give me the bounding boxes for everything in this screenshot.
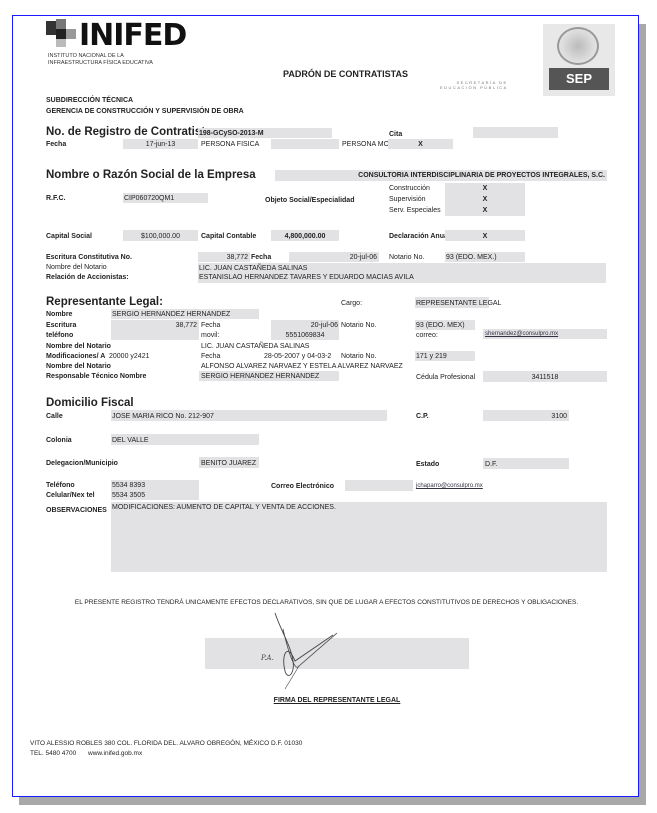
rfc-value: CIP060720QM1	[124, 194, 174, 203]
subdireccion: SUBDIRECCIÓN TÉCNICA	[46, 96, 133, 105]
observaciones-value: MODIFICACIONES: AUMENTO DE CAPITAL Y VEN…	[112, 503, 336, 512]
mod-notario-no-value: 171 y 219	[416, 352, 447, 361]
responsable-value: SERGIO HERNANDEZ HERNANDEZ	[201, 372, 319, 381]
escritura-fecha-label: Fecha	[251, 253, 271, 262]
estado-value: D.F.	[485, 460, 497, 469]
registro-value: 198-GCySO-2013-M	[199, 129, 264, 138]
fecha-label: Fecha	[46, 140, 66, 149]
serv-especiales-mark: X	[445, 206, 525, 215]
capital-contable-value: 4,800,000.00	[271, 232, 339, 241]
accionistas-label: Relación de Accionistas:	[46, 273, 129, 282]
fecha-value: 17-jun-13	[123, 140, 198, 149]
registro-label: No. de Registro de Contratista	[46, 126, 212, 138]
logo-sub-1: INSTITUTO NACIONAL DE LA	[48, 53, 124, 60]
document-page: INIFED INSTITUTO NACIONAL DE LA INFRAEST…	[12, 15, 639, 797]
mod-notario-no-label: Notario No.	[341, 352, 376, 361]
domicilio-heading: Domicilio Fiscal	[46, 397, 134, 409]
signature-icon	[233, 611, 373, 691]
notario-nombre-value: LIC. JUAN CASTAÑEDA SALINAS	[199, 264, 307, 273]
celular-value: 5534 3505	[112, 491, 145, 500]
capital-social-label: Capital Social	[46, 232, 92, 241]
cargo-value: REPRESENTANTE LEGAL	[416, 299, 501, 308]
escritura-value: 38,772	[198, 253, 248, 262]
empresa-heading: Nombre o Razón Social de la Empresa	[46, 169, 256, 181]
footer-tel: TEL. 5480 4700	[30, 749, 76, 758]
accionistas-value: ESTANISLAO HERNANDEZ TAVARES Y EDUARDO M…	[199, 273, 414, 282]
cp-value: 3100	[483, 412, 567, 421]
correo-value[interactable]: jchaparro@consulpro.mx	[416, 482, 483, 491]
notario-nombre-label: Nombre del Notario	[46, 263, 107, 272]
telefono-label: Teléfono	[46, 481, 75, 490]
notario2-value: ALFONSO ALVAREZ NARVAEZ Y ESTELA ALVAREZ…	[201, 362, 403, 371]
mod-fecha-label: Fecha	[201, 352, 220, 361]
delegacion-value: BENITO JUAREZ	[201, 459, 256, 468]
supervision-label: Supervisión	[389, 195, 426, 204]
rep-notario-nombre-label: Nombre del Notario	[46, 342, 111, 351]
rep-nombre-value: SERGIO HERNANDEZ HERNANDEZ	[112, 310, 230, 319]
notario2-label: Nombre del Notario	[46, 362, 111, 371]
logo-name: INIFED	[79, 18, 186, 53]
signature-initials: P.A.	[261, 654, 274, 662]
persona-moral-mark: X	[388, 140, 453, 149]
logo-sub-2: INFRAESTRUCTURA FÍSICA EDUCATIVA	[48, 60, 153, 67]
address: VITO ALESSIO ROBLES 380 COL. FLORIDA DEL…	[30, 739, 302, 748]
representante-heading: Representante Legal:	[46, 296, 163, 308]
cedula-label: Cédula Profesional	[416, 373, 475, 382]
cita-value	[473, 127, 558, 138]
coat-of-arms-icon	[557, 27, 599, 65]
rep-fecha-label: Fecha	[201, 321, 220, 330]
rep-movil-label: movil:	[201, 331, 219, 340]
objeto-label: Objeto Social/Especialidad	[265, 196, 354, 205]
rep-escritura-value: 38,772	[111, 321, 197, 330]
capital-social-value: $100,000.00	[123, 232, 198, 241]
declaracion-label: Declaración Anual	[389, 232, 450, 241]
celular-label: Celular/Nex tel	[46, 491, 95, 500]
rep-nombre-label: Nombre	[46, 310, 72, 319]
serv-especiales-label: Serv. Especiales	[389, 206, 441, 215]
cedula-value: 3411518	[483, 373, 607, 382]
rep-notario-no-value: 93 (EDO. MEX)	[416, 321, 465, 330]
colonia-label: Colonia	[46, 436, 72, 445]
sep-logo: SEP	[543, 24, 615, 96]
escritura-label: Escritura Constitutiva No.	[46, 253, 132, 262]
telefono-value: 5534 8393	[112, 481, 145, 490]
rep-correo-value[interactable]: shernandez@consulpro.mx	[485, 330, 558, 339]
colonia-value: DEL VALLE	[112, 436, 149, 445]
footer-web[interactable]: www.inifed.gob.mx	[88, 749, 142, 758]
declaracion-mark: X	[445, 232, 525, 241]
capital-contable-label: Capital Contable	[201, 232, 256, 241]
responsable-label: Responsable Técnico Nombre	[46, 372, 146, 381]
escritura-fecha-value: 20-jul-06	[289, 253, 377, 262]
mod-fecha-value: 28-05-2007 y 04-03-2	[264, 352, 331, 361]
sep-logo-text: SEP	[549, 68, 609, 90]
calle-value: JOSE MARIA RICO No. 212-907	[112, 412, 214, 421]
observaciones-box	[111, 502, 607, 572]
observaciones-label: OBSERVACIONES	[46, 506, 107, 515]
cargo-label: Cargo:	[341, 299, 362, 308]
rep-notario-nombre-value: LIC. JUAN CASTAÑEDA SALINAS	[201, 342, 309, 351]
page-title: PADRÓN DE CONTRATISTAS	[283, 69, 408, 79]
construccion-label: Construcción	[389, 184, 430, 193]
modificaciones-label: Modificaciones/ A	[46, 352, 105, 361]
notario-no-value: 93 (EDO. MEX.)	[446, 253, 497, 262]
persona-fisica-box	[271, 139, 339, 149]
supervision-mark: X	[445, 195, 525, 204]
delegacion-label: Delegacion/Municipio	[46, 459, 118, 468]
cita-label: Cita	[389, 130, 402, 139]
rfc-label: R.F.C.	[46, 194, 65, 203]
rep-correo-label: correo:	[416, 331, 438, 340]
rep-escritura-label: Escritura	[46, 321, 76, 330]
rep-fecha-value: 20-jul-06	[271, 321, 338, 330]
persona-fisica: PERSONA FISICA	[201, 140, 259, 149]
construccion-mark: X	[445, 184, 525, 193]
modificaciones-value: 20000 y2421	[109, 352, 149, 361]
rep-notario-no-label: Notario No.	[341, 321, 376, 330]
disclaimer: EL PRESENTE REGISTRO TENDRÁ UNICAMENTE E…	[13, 598, 640, 607]
estado-label: Estado	[416, 460, 439, 469]
cp-label: C.P.	[416, 412, 429, 421]
correo-label: Correo Electrónico	[271, 482, 334, 491]
empresa-name: CONSULTORIA INTERDISCIPLINARIA DE PROYEC…	[275, 171, 605, 180]
firma-label: FIRMA DEL REPRESENTANTE LEGAL	[205, 696, 469, 705]
rep-telefono-label: teléfono	[46, 331, 73, 340]
sep-text: SECRETARÍA DE EDUCACIÓN PÚBLICA	[440, 80, 508, 90]
rep-movil-value: 5551069834	[271, 331, 339, 340]
notario-no-label: Notario No.	[389, 253, 424, 262]
gerencia: GERENCIA DE CONSTRUCCIÓN Y SUPERVISIÓN D…	[46, 107, 244, 116]
calle-label: Calle	[46, 412, 63, 421]
